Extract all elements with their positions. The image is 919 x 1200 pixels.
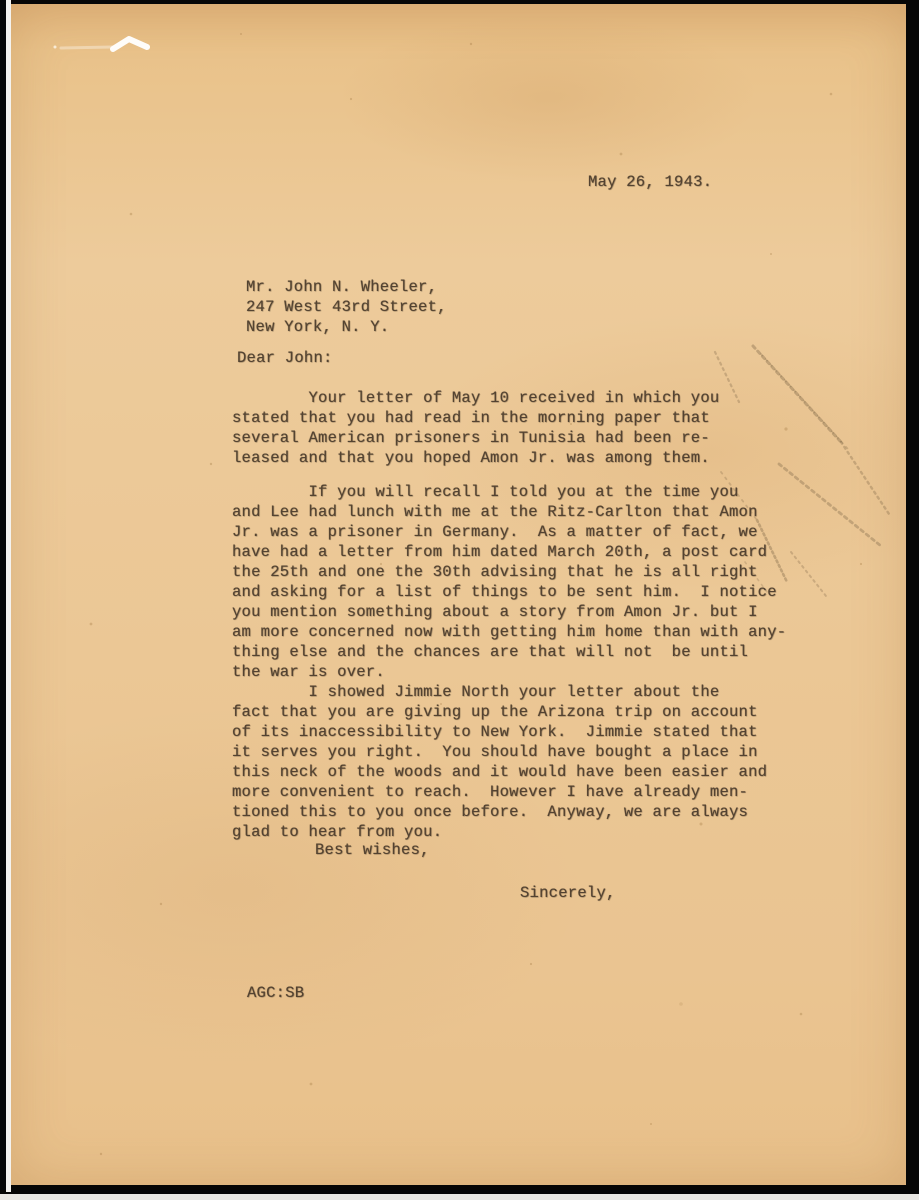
scanned-letter-page: May 26, 1943. Mr. John N. Wheeler, 247 W… [0,0,919,1200]
salutation: Dear John: [237,348,333,368]
paragraph-3: I showed Jimmie North your letter about … [232,682,767,842]
closing-sincerely: Sincerely, [520,883,616,903]
typist-initials: AGC:SB [247,983,304,1003]
closing-best-wishes: Best wishes, [315,840,430,860]
white-scratch-mark [51,29,211,69]
paragraph-1: Your letter of May 10 received in which … [232,388,719,468]
letter-date: May 26, 1943. [588,172,712,192]
recipient-address: Mr. John N. Wheeler, 247 West 43rd Stree… [246,277,447,337]
paragraph-2: If you will recall I told you at the tim… [232,482,786,682]
scan-edge-bottom [0,1194,919,1200]
letter-paper: May 26, 1943. Mr. John N. Wheeler, 247 W… [11,4,906,1185]
